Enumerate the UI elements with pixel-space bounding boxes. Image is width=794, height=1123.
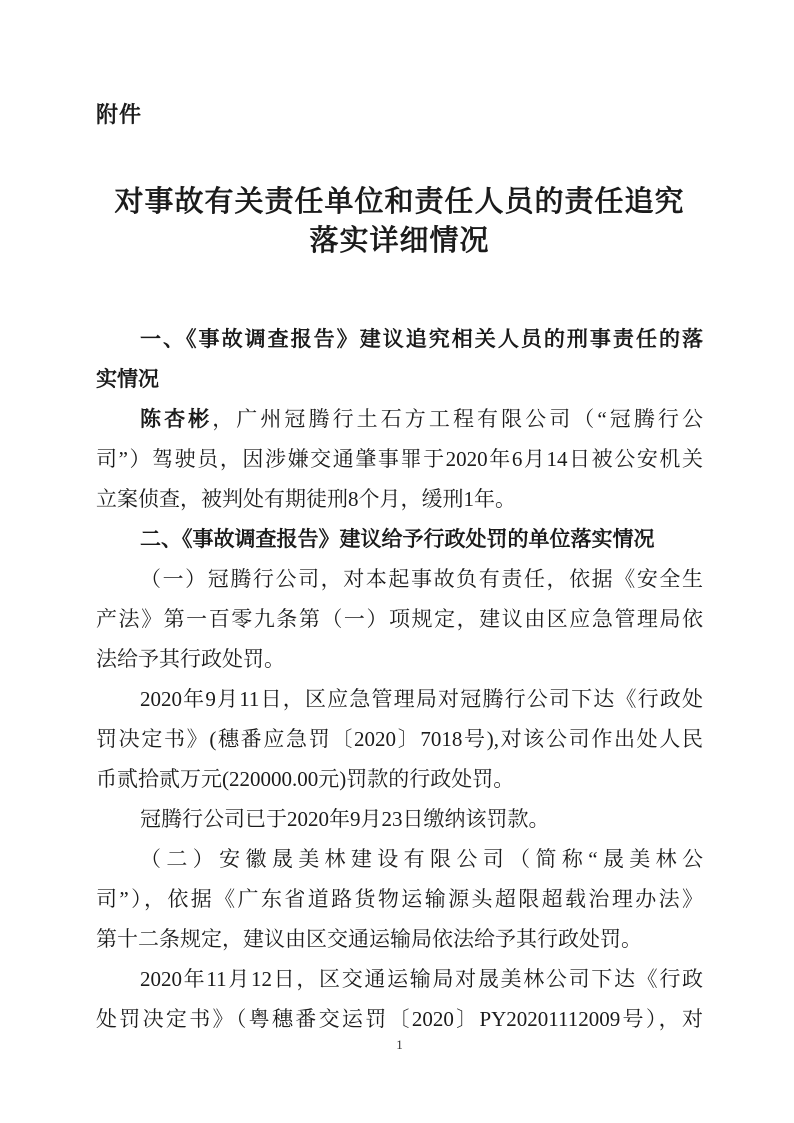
- text-line: 立案侦查，被判处有期徒刑8个月，缓刑1年。: [96, 479, 703, 519]
- paragraph-shengmeilin: （二）安徽晟美林建设有限公司（简称“晟美林公 司”），依据《广东省道路货物运输源…: [96, 839, 703, 959]
- text-line: 法给予其行政处罚。: [96, 639, 703, 679]
- person-name: 陈杏彬: [140, 407, 212, 431]
- text-line: 2020年9月11日，区应急管理局对冠腾行公司下达《行政处: [96, 679, 703, 719]
- text-line: 处罚决定书》（粤穗番交运罚〔2020〕PY20201112009号），对: [96, 999, 703, 1039]
- text-line: 币贰拾贰万元(220000.00元)罚款的行政处罚。: [96, 759, 703, 799]
- text-line: 司”），依据《广东省道路货物运输源头超限超载治理办法》: [96, 879, 703, 919]
- paragraph-chen: 陈杏彬，广州冠腾行土石方工程有限公司（“冠腾行公 司”）驾驶员，因涉嫌交通肇事罪…: [96, 399, 703, 519]
- text-line: （二）安徽晟美林建设有限公司（简称“晟美林公: [96, 839, 703, 879]
- text-line: 2020年11月12日，区交通运输局对晟美林公司下达《行政: [96, 959, 703, 999]
- text-line: 司”）驾驶员，因涉嫌交通肇事罪于2020年6月14日被公安机关: [96, 439, 703, 479]
- document-title: 对事故有关责任单位和责任人员的责任追究 落实详细情况: [96, 183, 703, 261]
- paragraph-guantengxing: （一）冠腾行公司，对本起事故负有责任，依据《安全生 产法》第一百零九条第（一）项…: [96, 559, 703, 679]
- title-line-1: 对事故有关责任单位和责任人员的责任追究: [96, 183, 703, 222]
- text-line: 冠腾行公司已于2020年9月23日缴纳该罚款。: [96, 799, 703, 839]
- paragraph-penalty-1: 2020年9月11日，区应急管理局对冠腾行公司下达《行政处 罚决定书》(穗番应急…: [96, 679, 703, 799]
- text-line: 实情况: [96, 359, 703, 399]
- text-line: 二、《事故调查报告》建议给予行政处罚的单位落实情况: [96, 519, 703, 559]
- text-line: 第十二条规定，建议由区交通运输局依法给予其行政处罚。: [96, 919, 703, 959]
- text-line: 产法》第一百零九条第（一）项规定，建议由区应急管理局依: [96, 599, 703, 639]
- text-line: 一、《事故调查报告》建议追究相关人员的刑事责任的落: [96, 319, 703, 359]
- text-line: （一）冠腾行公司，对本起事故负有责任，依据《安全生: [96, 559, 703, 599]
- text-run: ，广州冠腾行土石方工程有限公司（“冠腾行公: [212, 407, 703, 431]
- text-line: 罚决定书》(穗番应急罚〔2020〕7018号),对该公司作出处人民: [96, 719, 703, 759]
- title-line-2: 落实详细情况: [96, 222, 703, 261]
- paragraph-paid: 冠腾行公司已于2020年9月23日缴纳该罚款。: [96, 799, 703, 839]
- text-line: 陈杏彬，广州冠腾行土石方工程有限公司（“冠腾行公: [96, 399, 703, 439]
- document-page: 附件 对事故有关责任单位和责任人员的责任追究 落实详细情况 一、《事故调查报告》…: [0, 0, 794, 1123]
- document-body: 一、《事故调查报告》建议追究相关人员的刑事责任的落 实情况 陈杏彬，广州冠腾行土…: [96, 319, 703, 1039]
- attachment-label: 附件: [96, 101, 703, 131]
- section-heading-2: 二、《事故调查报告》建议给予行政处罚的单位落实情况: [96, 519, 703, 559]
- page-number: 1: [96, 1036, 703, 1054]
- paragraph-penalty-2: 2020年11月12日，区交通运输局对晟美林公司下达《行政 处罚决定书》（粤穗番…: [96, 959, 703, 1039]
- section-heading-1: 一、《事故调查报告》建议追究相关人员的刑事责任的落 实情况: [96, 319, 703, 399]
